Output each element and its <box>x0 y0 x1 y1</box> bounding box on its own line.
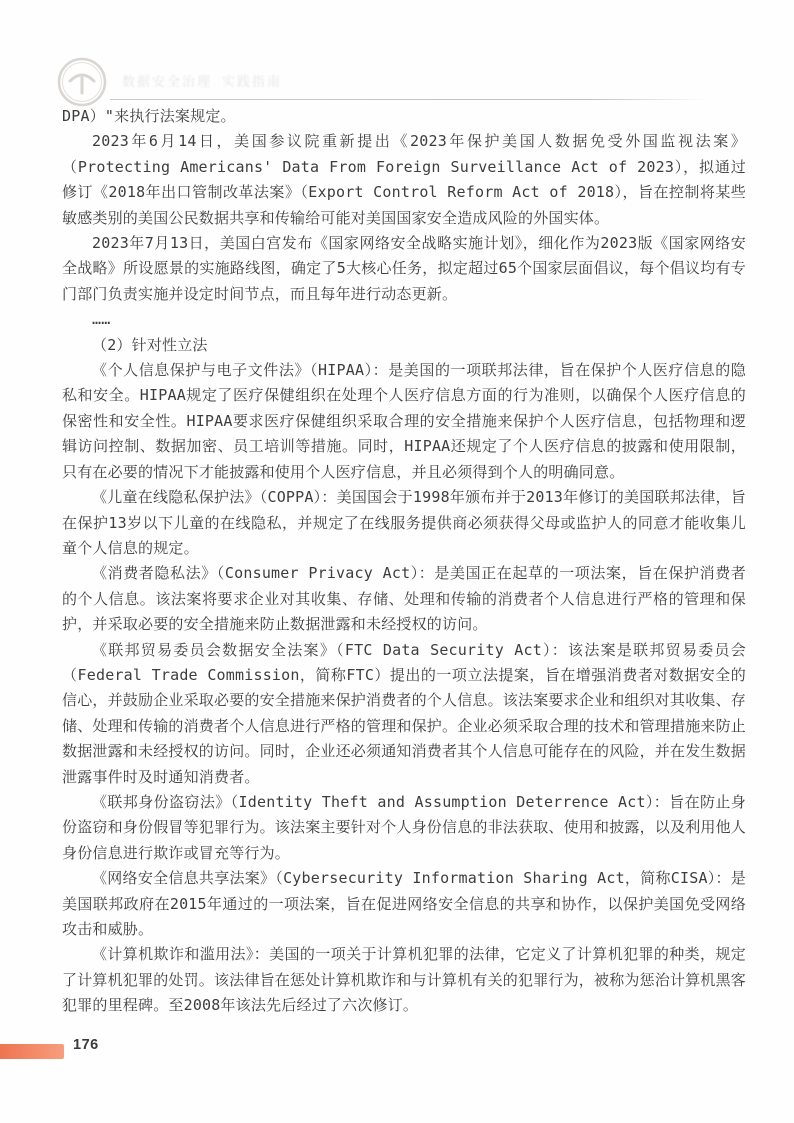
paragraph-coppa: 《儿童在线隐私保护法》（COPPA）：美国国会于1998年颁布并于2013年修订… <box>62 485 746 561</box>
paragraph-identity-theft: 《联邦身份盗窃法》（Identity Theft and Assumption … <box>62 790 746 866</box>
paragraph-ftc-data-security: 《联邦贸易委员会数据安全法案》（FTC Data Security Act）：该… <box>62 638 746 790</box>
paragraph-hipaa: 《个人信息保护与电子文件法》（HIPAA）：是美国的一项联邦法律，旨在保护个人医… <box>62 358 746 485</box>
publisher-seal-icon <box>55 55 109 109</box>
page-body: DPA）"来执行法案规定。 2023年6月14日，美国参议院重新提出《2023年… <box>62 104 746 1019</box>
page-number: 176 <box>73 1037 99 1053</box>
header-divider <box>110 99 708 100</box>
header-watermark-text: 数据安全治理 实践指南 <box>122 71 282 90</box>
paragraph-ellipsis: …… <box>62 307 746 332</box>
paragraph-consumer-privacy: 《消费者隐私法》（Consumer Privacy Act）：是美国正在起草的一… <box>62 561 746 637</box>
document-page: 数据安全治理 实践指南 DPA）"来执行法案规定。 2023年6月14日，美国参… <box>0 0 794 1123</box>
paragraph-senate-bill: 2023年6月14日，美国参议院重新提出《2023年保护美国人数据免受外国监视法… <box>62 129 746 231</box>
paragraph-continuation: DPA）"来执行法案规定。 <box>62 104 746 129</box>
page-number-bar <box>0 1044 64 1059</box>
paragraph-cfaa: 《计算机欺诈和滥用法》：美国的一项关于计算机犯罪的法律，它定义了计算机犯罪的种类… <box>62 942 746 1018</box>
paragraph-cisa: 《网络安全信息共享法案》（Cybersecurity Information S… <box>62 866 746 942</box>
section-heading-targeted-legislation: （2）针对性立法 <box>62 333 746 358</box>
paragraph-white-house-plan: 2023年7月13日，美国白宫发布《国家网络安全战略实施计划》，细化作为2023… <box>62 231 746 307</box>
